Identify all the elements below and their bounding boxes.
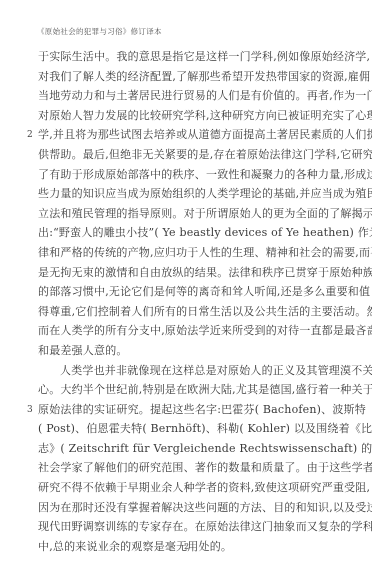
text-line: 和最差强人意的。: [38, 341, 336, 361]
paragraph-start-line: 人类学也并非就像现在这样总是对原始人的正义及其管理漠不关: [38, 361, 336, 381]
text-line: 些力量的知识应当成为原始组织的人类学理论的基础,并应当成为殖民: [38, 184, 336, 204]
text-line: 立法和殖民管理的指导原则。对于所谓原始人的更为全面的了解揭示: [38, 204, 336, 224]
text-line: 现代田野调察训练的专家存在。在原始法律这门抽象而又复杂的学科: [38, 517, 336, 537]
text-line: 的部落习惯中,无论它们是何等的离奇和耸人听闻,还是多么重要和值: [38, 282, 336, 302]
text-line: 心。大约半个世纪前,特别是在欧洲大陆,尤其是德国,盛行着一种关于: [38, 380, 336, 400]
text-line: 律和严格的传统的产物,应归功于人性的生理、精神和社会的需要,而不: [38, 243, 336, 263]
margin-number: 3: [27, 405, 33, 415]
text-line: 供帮助。最后,但绝非无关紧要的是,存在着原始法律这门学科,它研究: [38, 145, 336, 165]
text-line: 得尊重,它们控制着人们所有的日常生活以及公共生活的主要活动。然: [38, 302, 336, 322]
body-text: 于实际生活中。我的意思是指它是这样一门学科,例如像原始经济学, 对我们了解人类的…: [38, 47, 336, 556]
text-line: 出:“野蛮人的雕虫小技”( Ye beastly devices of Ye h…: [38, 223, 336, 243]
text-line: 是无拘无束的激情和自由放纵的结果。法律和秩序已贯穿于原始种族: [38, 263, 336, 283]
text-line: 对我们了解人类的经济配置,了解那些希望开发热带国家的资源,雇佣: [38, 67, 336, 87]
text-line: 而在人类学的所有分支中,原始法学近来所受到的对待一直都是最吝啬: [38, 321, 336, 341]
text-line: 研究不得不依赖于早期业余人种学者的资料,致使这项研究严重受阻,: [38, 478, 336, 498]
text-line: 当地劳动力和与土著居民进行贸易的人们是有价值的。再者,作为一门: [38, 86, 336, 106]
text-line: 对原始人智力发展的比较研究学科,这种研究方向已被证明充实了心理: [38, 106, 336, 126]
text-line: ( Post)、伯恩霍夫特( Bernhöft)、科勒( Kohler) 以及围…: [38, 419, 336, 439]
text-line: 原始法律的实证研究。提起这些名字:巴霍芬( Bachofen)、波斯特: [38, 400, 336, 420]
text-line: 于实际生活中。我的意思是指它是这样一门学科,例如像原始经济学,: [38, 47, 336, 67]
page-number: 2: [184, 542, 189, 551]
text-line: 学,并且将为那些试图去培养或从道德方面提高土著居民素质的人们提: [38, 125, 336, 145]
running-header: 《原始社会的犯罪与习俗》修订译本: [37, 26, 162, 37]
text-line: 了有助于形成原始部落中的秩序、一致性和凝聚力的各种力量,形成这: [38, 165, 336, 185]
text-line: 社会学家了解他们的研究范围、著作的数量和质量了。由于这些学者的: [38, 458, 336, 478]
text-line: 因为在那时还没有掌握着解决这些问题的方法、目的和知识,以及受过: [38, 498, 336, 518]
margin-number: 2: [27, 130, 33, 140]
text-line: 志》( Zeitschrift für Vergleichende Rechts…: [38, 439, 336, 459]
